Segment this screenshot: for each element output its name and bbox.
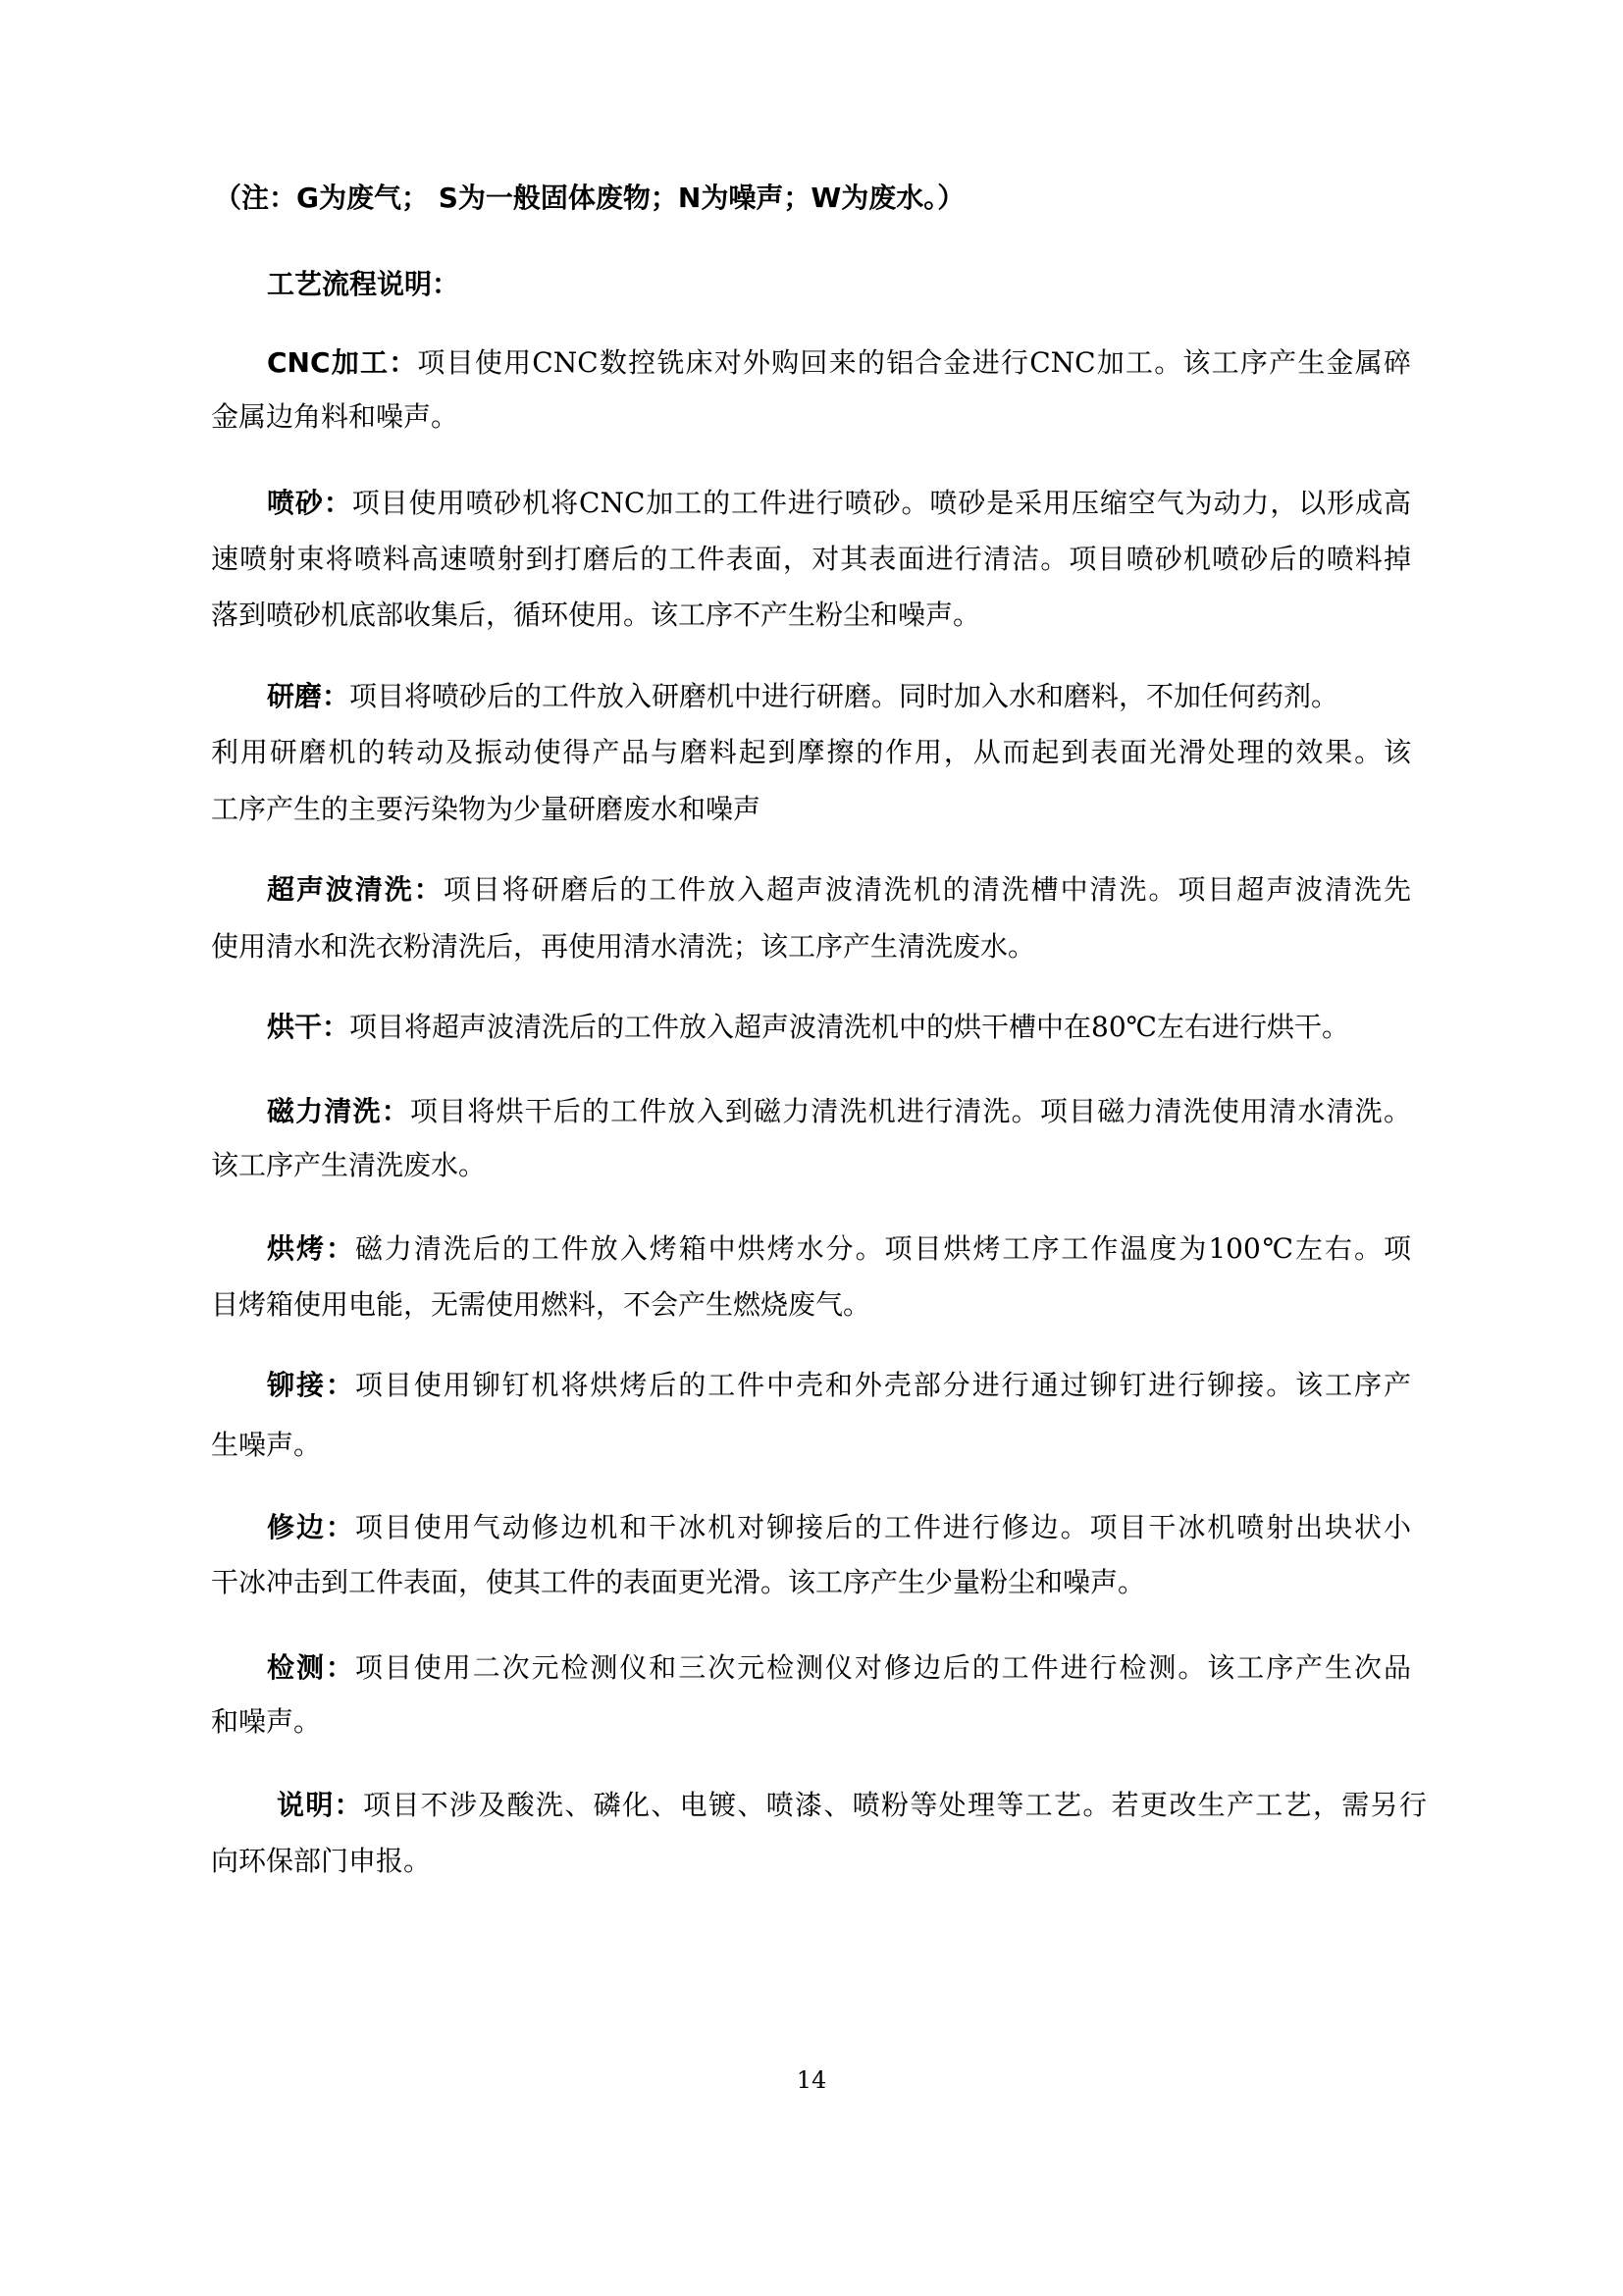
- paragraph-riveting-line-1: 铆接：项目使用铆钉机将烘烤后的工件中壳和外壳部分进行通过铆钉进行铆接。该工序产: [267, 1368, 1411, 1403]
- paragraph-riveting-line-2: 生噪声。: [211, 1428, 321, 1463]
- term-label: CNC加工：: [267, 346, 417, 379]
- term-label: 超声波清洗：: [267, 873, 444, 906]
- paragraph-cnc-line-1: CNC加工：项目使用CNC数控铣床对外购回来的铝合金进行CNC加工。该工序产生金…: [267, 345, 1411, 381]
- paragraph-sandblast-line-3: 落到喷砂机底部收集后，循环使用。该工序不产生粉尘和噪声。: [211, 598, 980, 633]
- paragraph-ultrasonic-line-1: 超声波清洗：项目将研磨后的工件放入超声波清洗机的清洗槽中清洗。项目超声波清洗先: [267, 872, 1411, 908]
- term-label: 喷砂：: [267, 487, 352, 519]
- paragraph-baking-line-1: 烘烤：磁力清洗后的工件放入烤箱中烘烤水分。项目烘烤工序工作温度为100℃左右。项: [267, 1231, 1411, 1267]
- paragraph-remark-line-1: 说明：项目不涉及酸洗、磷化、电镀、喷漆、喷粉等处理等工艺。若更改生产工艺，需另行: [277, 1788, 1427, 1823]
- paragraph-inspection-line-1: 检测：项目使用二次元检测仪和三次元检测仪对修边后的工件进行检测。该工序产生次品: [267, 1650, 1411, 1686]
- term-label: 研磨：: [267, 680, 349, 712]
- paragraph-baking-line-2: 目烤箱使用电能，无需使用燃料，不会产生燃烧废气。: [211, 1287, 870, 1323]
- term-label: 烘烤：: [267, 1232, 355, 1265]
- section-heading: 工艺流程说明：: [267, 267, 459, 302]
- paragraph-remark-line-2: 向环保部门申报。: [211, 1844, 431, 1879]
- paragraph-magnetic-line-2: 该工序产生清洗废水。: [211, 1148, 486, 1183]
- paragraph-drying-line-1: 烘干：项目将超声波清洗后的工件放入超声波清洗机中的烘干槽中在80℃左右进行烘干。: [267, 1010, 1349, 1045]
- paragraph-sandblast-line-2: 速喷射束将喷料高速喷射到打磨后的工件表面，对其表面进行清洁。项目喷砂机喷砂后的喷…: [211, 542, 1411, 577]
- paragraph-grinding-line-1: 研磨：项目将喷砂后的工件放入研磨机中进行研磨。同时加入水和磨料，不加任何药剂。: [267, 679, 1338, 714]
- page-number: 14: [782, 2066, 841, 2094]
- paragraph-cnc-line-2: 金属边角料和噪声。: [211, 399, 458, 435]
- term-label: 说明：: [277, 1789, 363, 1821]
- term-label: 磁力清洗：: [267, 1095, 410, 1127]
- paragraph-grinding-line-3: 工序产生的主要污染物为少量研磨废水和噪声: [211, 792, 760, 827]
- paragraph-trimming-line-2: 干冰冲击到工件表面，使其工件的表面更光滑。该工序产生少量粉尘和噪声。: [211, 1565, 1145, 1600]
- paragraph-inspection-line-2: 和噪声。: [211, 1704, 321, 1740]
- term-label: 检测：: [267, 1651, 355, 1684]
- paragraph-sandblast-line-1: 喷砂：项目使用喷砂机将CNC加工的工件进行喷砂。喷砂是采用压缩空气为动力，以形成…: [267, 486, 1411, 521]
- term-label: 铆接：: [267, 1369, 355, 1401]
- paragraph-trimming-line-1: 修边：项目使用气动修边机和干冰机对铆接后的工件进行修边。项目干冰机喷射出块状小: [267, 1510, 1411, 1545]
- legend-note: （注：G为废气； S为一般固体废物；N为噪声；W为废水。）: [214, 181, 965, 216]
- term-label: 烘干：: [267, 1011, 349, 1043]
- paragraph-magnetic-line-1: 磁力清洗：项目将烘干后的工件放入到磁力清洗机进行清洗。项目磁力清洗使用清水清洗。: [267, 1094, 1411, 1129]
- paragraph-grinding-line-2: 利用研磨机的转动及振动使得产品与磨料起到摩擦的作用，从而起到表面光滑处理的效果。…: [211, 735, 1411, 770]
- term-label: 修边：: [267, 1511, 355, 1543]
- paragraph-ultrasonic-line-2: 使用清水和洗衣粉清洗后，再使用清水清洗；该工序产生清洗废水。: [211, 929, 1035, 965]
